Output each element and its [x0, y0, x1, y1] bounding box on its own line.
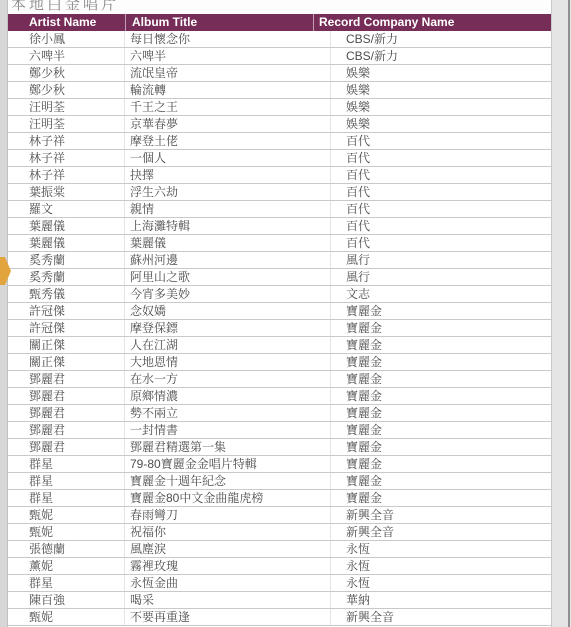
- album-cell: 祝福你: [125, 524, 331, 540]
- artist-cell: 甄妮: [8, 609, 125, 625]
- company-cell: 寶麗金: [331, 473, 551, 489]
- artist-cell: 奚秀蘭: [8, 269, 125, 285]
- table-row: 鄧麗君勢不兩立寶麗金: [8, 405, 551, 422]
- album-cell: 浮生六劫: [125, 184, 331, 200]
- artist-cell: 陳百強: [8, 592, 125, 608]
- company-cell: 寶麗金: [331, 439, 551, 455]
- table-row: 薰妮霧裡玫瑰永恆: [8, 558, 551, 575]
- artist-cell: 汪明荃: [8, 99, 125, 115]
- table-row: 葉振棠浮生六劫百代: [8, 184, 551, 201]
- company-cell: 寶麗金: [331, 422, 551, 438]
- artist-cell: 葉振棠: [8, 184, 125, 200]
- album-cell: 勢不兩立: [125, 405, 331, 421]
- company-cell: 百代: [331, 150, 551, 166]
- table-row: 汪明荃千王之王娛樂: [8, 99, 551, 116]
- album-cell: 摩登土佬: [125, 133, 331, 149]
- artist-cell: 鄧麗君: [8, 439, 125, 455]
- album-cell: 念奴嬌: [125, 303, 331, 319]
- table-row: 許冠傑摩登保鏢寶麗金: [8, 320, 551, 337]
- artist-cell: 鄧麗君: [8, 405, 125, 421]
- table-row: 關正傑人在江湖寶麗金: [8, 337, 551, 354]
- table-row: 六啤半六啤半CBS/新力: [8, 48, 551, 65]
- artist-cell: 許冠傑: [8, 303, 125, 319]
- table-row: 群星79-80寶麗金金唱片特輯寶麗金: [8, 456, 551, 473]
- album-cell: 輪流轉: [125, 82, 331, 98]
- artist-cell: 甄秀儀: [8, 286, 125, 302]
- artist-cell: 鄧麗君: [8, 422, 125, 438]
- artist-cell: 甄妮: [8, 507, 125, 523]
- artist-cell: 葉麗儀: [8, 235, 125, 251]
- table-row: 群星寶麗金80中文金曲龍虎榜寶麗金: [8, 490, 551, 507]
- artist-cell: 許冠傑: [8, 320, 125, 336]
- table-row: 奚秀蘭阿里山之歌風行: [8, 269, 551, 286]
- artist-cell: 薰妮: [8, 558, 125, 574]
- table-row: 鄧麗君在水一方寶麗金: [8, 371, 551, 388]
- album-cell: 親情: [125, 201, 331, 217]
- album-cell: 每日懷念你: [125, 31, 331, 47]
- company-cell: 百代: [331, 235, 551, 251]
- album-cell: 葉麗儀: [125, 235, 331, 251]
- album-cell: 寶麗金80中文金曲龍虎榜: [125, 490, 331, 506]
- company-cell: 百代: [331, 201, 551, 217]
- company-cell: 百代: [331, 184, 551, 200]
- company-cell: 風行: [331, 252, 551, 268]
- artist-cell: 林子祥: [8, 133, 125, 149]
- table-row: 甄妮不要再重逢新興全音: [8, 609, 551, 626]
- table-row: 鄭少秋流氓皇帝娛樂: [8, 65, 551, 82]
- artist-cell: 鄧麗君: [8, 371, 125, 387]
- table-row: 汪明荃京華春夢娛樂: [8, 116, 551, 133]
- company-cell: 永恆: [331, 575, 551, 591]
- company-cell: 寶麗金: [331, 490, 551, 506]
- album-cell: 原鄉情濃: [125, 388, 331, 404]
- company-cell: 百代: [331, 218, 551, 234]
- page: 本地白金唱片 Artist Name Album Title Record Co…: [0, 0, 571, 627]
- album-cell: 永恆金曲: [125, 575, 331, 591]
- company-cell: 娛樂: [331, 65, 551, 81]
- artist-cell: 關正傑: [8, 337, 125, 353]
- artist-cell: 徐小鳳: [8, 31, 125, 47]
- artist-cell: 林子祥: [8, 150, 125, 166]
- artist-cell: 群星: [8, 490, 125, 506]
- table-row: 葉麗儀葉麗儀百代: [8, 235, 551, 252]
- table-row: 林子祥抉擇百代: [8, 167, 551, 184]
- album-cell: 京華春夢: [125, 116, 331, 132]
- company-cell: 寶麗金: [331, 405, 551, 421]
- album-cell: 上海灘特輯: [125, 218, 331, 234]
- artist-cell: 羅文: [8, 201, 125, 217]
- album-cell: 流氓皇帝: [125, 65, 331, 81]
- company-cell: 華納: [331, 592, 551, 608]
- album-cell: 千王之王: [125, 99, 331, 115]
- company-cell: 寶麗金: [331, 354, 551, 370]
- company-cell: 寶麗金: [331, 456, 551, 472]
- company-cell: 寶麗金: [331, 371, 551, 387]
- column-header-artist: Artist Name: [8, 14, 125, 31]
- artist-cell: 奚秀蘭: [8, 252, 125, 268]
- album-cell: 一個人: [125, 150, 331, 166]
- artist-cell: 甄妮: [8, 524, 125, 540]
- album-cell: 春雨彎刀: [125, 507, 331, 523]
- table-row: 鄧麗君一封情書寶麗金: [8, 422, 551, 439]
- column-header-company: Record Company Name: [313, 14, 551, 31]
- company-cell: 寶麗金: [331, 303, 551, 319]
- table-row: 鄧麗君原鄉情濃寶麗金: [8, 388, 551, 405]
- album-cell: 風塵淚: [125, 541, 331, 557]
- artist-cell: 關正傑: [8, 354, 125, 370]
- artist-cell: 群星: [8, 575, 125, 591]
- company-cell: 百代: [331, 133, 551, 149]
- company-cell: 寶麗金: [331, 337, 551, 353]
- table-row: 甄妮祝福你新興全音: [8, 524, 551, 541]
- album-cell: 大地恩情: [125, 354, 331, 370]
- company-cell: CBS/新力: [331, 31, 551, 47]
- table-row: 群星寶麗金十週年紀念寶麗金: [8, 473, 551, 490]
- table-header: Artist Name Album Title Record Company N…: [8, 14, 551, 31]
- album-cell: 摩登保鏢: [125, 320, 331, 336]
- artist-cell: 林子祥: [8, 167, 125, 183]
- page-title: 本地白金唱片: [8, 0, 551, 14]
- album-cell: 寶麗金十週年紀念: [125, 473, 331, 489]
- album-cell: 抉擇: [125, 167, 331, 183]
- table-row: 林子祥一個人百代: [8, 150, 551, 167]
- artist-cell: 群星: [8, 473, 125, 489]
- table-row: 甄秀儀今宵多美妙文志: [8, 286, 551, 303]
- company-cell: 新興全音: [331, 609, 551, 625]
- table-row: 陳百強喝采華納: [8, 592, 551, 609]
- left-frame-border: [0, 0, 8, 627]
- scrollbar-track[interactable]: [552, 0, 571, 627]
- table-row: 鄭少秋輪流轉娛樂: [8, 82, 551, 99]
- album-cell: 阿里山之歌: [125, 269, 331, 285]
- company-cell: 娛樂: [331, 116, 551, 132]
- table-row: 甄妮春雨彎刀新興全音: [8, 507, 551, 524]
- company-cell: 永恆: [331, 541, 551, 557]
- company-cell: 娛樂: [331, 99, 551, 115]
- table-row: 關正傑大地恩情寶麗金: [8, 354, 551, 371]
- artist-cell: 鄭少秋: [8, 65, 125, 81]
- company-cell: CBS/新力: [331, 48, 551, 64]
- company-cell: 娛樂: [331, 82, 551, 98]
- column-header-album: Album Title: [125, 14, 313, 31]
- artist-cell: 鄧麗君: [8, 388, 125, 404]
- album-cell: 蘇州河邊: [125, 252, 331, 268]
- album-cell: 人在江湖: [125, 337, 331, 353]
- company-cell: 新興全音: [331, 507, 551, 523]
- album-cell: 喝采: [125, 592, 331, 608]
- company-cell: 風行: [331, 269, 551, 285]
- album-cell: 鄧麗君精選第一集: [125, 439, 331, 455]
- company-cell: 新興全音: [331, 524, 551, 540]
- title-bar: 本地白金唱片: [8, 0, 551, 14]
- table-row: 許冠傑念奴嬌寶麗金: [8, 303, 551, 320]
- album-cell: 79-80寶麗金金唱片特輯: [125, 456, 331, 472]
- company-cell: 永恆: [331, 558, 551, 574]
- artist-cell: 鄭少秋: [8, 82, 125, 98]
- table-row: 奚秀蘭蘇州河邊風行: [8, 252, 551, 269]
- table-row: 葉麗儀上海灘特輯百代: [8, 218, 551, 235]
- artist-cell: 葉麗儀: [8, 218, 125, 234]
- table-row: 徐小鳳每日懷念你CBS/新力: [8, 31, 551, 48]
- album-cell: 霧裡玫瑰: [125, 558, 331, 574]
- artist-cell: 張德蘭: [8, 541, 125, 557]
- album-cell: 今宵多美妙: [125, 286, 331, 302]
- table-row: 群星永恆金曲永恆: [8, 575, 551, 592]
- company-cell: 寶麗金: [331, 320, 551, 336]
- album-cell: 在水一方: [125, 371, 331, 387]
- table-row: 林子祥摩登土佬百代: [8, 133, 551, 150]
- table-row: 鄧麗君鄧麗君精選第一集寶麗金: [8, 439, 551, 456]
- artist-cell: 汪明荃: [8, 116, 125, 132]
- artist-cell: 六啤半: [8, 48, 125, 64]
- artist-cell: 群星: [8, 456, 125, 472]
- table-row: 羅文親情百代: [8, 201, 551, 218]
- table-panel: 本地白金唱片 Artist Name Album Title Record Co…: [8, 0, 552, 627]
- album-cell: 六啤半: [125, 48, 331, 64]
- company-cell: 文志: [331, 286, 551, 302]
- table-body: 徐小鳳每日懷念你CBS/新力六啤半六啤半CBS/新力鄭少秋流氓皇帝娛樂鄭少秋輪流…: [8, 31, 551, 626]
- company-cell: 百代: [331, 167, 551, 183]
- company-cell: 寶麗金: [331, 388, 551, 404]
- album-cell: 不要再重逢: [125, 609, 331, 625]
- album-cell: 一封情書: [125, 422, 331, 438]
- table-row: 張德蘭風塵淚永恆: [8, 541, 551, 558]
